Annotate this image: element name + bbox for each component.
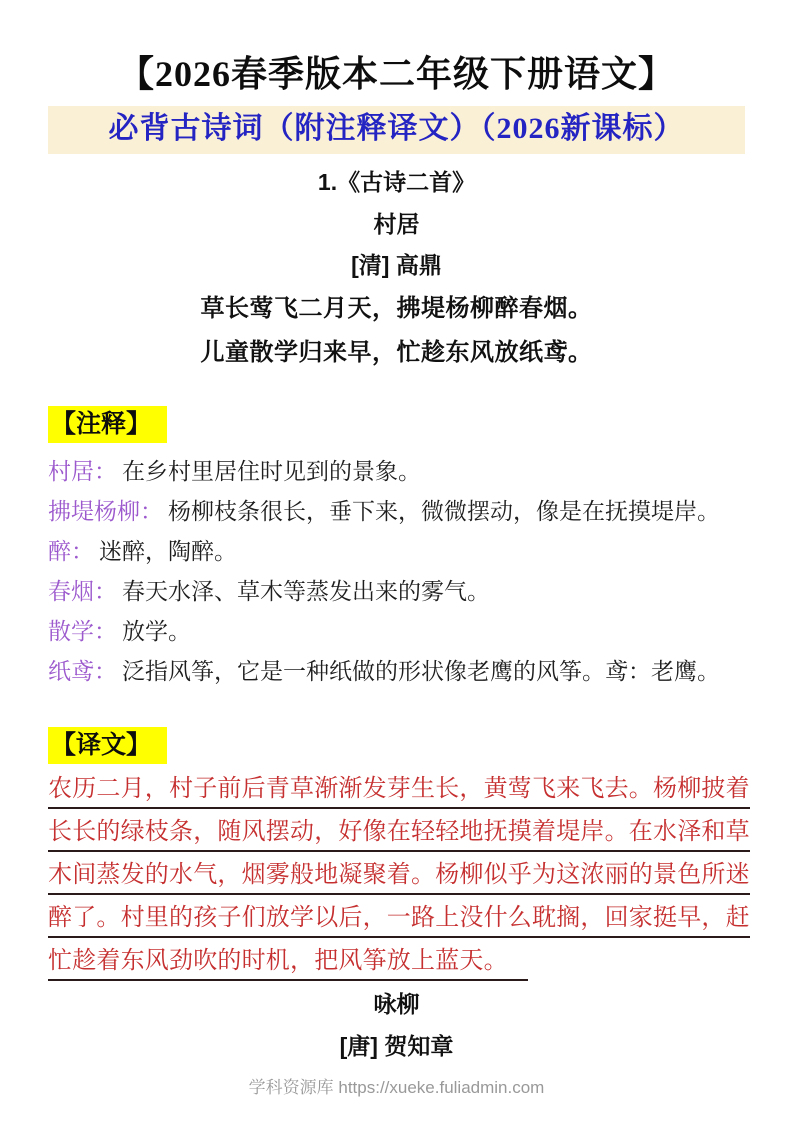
annotations-section: 【注释】 [48, 406, 745, 443]
translation-section: 【译文】 [48, 727, 745, 764]
annotation-text: 泛指风筝，它是一种纸做的形状像老鹰的风筝。鸢：老鹰。 [122, 658, 720, 684]
annotation-text: 放学。 [122, 618, 191, 644]
annotation-text: 杨柳枝条很长，垂下来，微微摆动，像是在抚摸堤岸。 [168, 498, 720, 524]
annotation-item: 醉：迷醉，陶醉。 [48, 537, 745, 565]
annotation-term: 纸鸢： [48, 658, 117, 684]
translation-header: 【译文】 [48, 727, 167, 764]
annotation-item: 村居：在乡村里居住时见到的景象。 [48, 457, 745, 485]
poem2-author: [唐] 贺知章 [0, 1033, 793, 1059]
annotation-term: 拂堤杨柳： [48, 498, 163, 524]
annotation-item: 拂堤杨柳：杨柳枝条很长，垂下来，微微摆动，像是在抚摸堤岸。 [48, 497, 745, 525]
poem1-author: [清] 高鼎 [0, 252, 793, 278]
translation-line-3: 木间蒸发的水气，烟雾般地凝聚着。杨柳似乎为这浓丽的景色所迷 [48, 862, 750, 895]
annotation-term: 散学： [48, 618, 117, 644]
lesson-heading: 1.《古诗二首》 [0, 169, 793, 195]
annotations-list: 村居：在乡村里居住时见到的景象。 拂堤杨柳：杨柳枝条很长，垂下来，微微摆动，像是… [48, 457, 745, 685]
poem2-title: 咏柳 [0, 991, 793, 1017]
annotation-text: 春天水泽、草木等蒸发出来的雾气。 [122, 578, 490, 604]
translation-line-4: 醉了。村里的孩子们放学以后，一路上没什么耽搁，回家挺早，赶 [48, 905, 750, 938]
translation-text: 农历二月，村子前后青草渐渐发芽生长，黄莺飞来飞去。杨柳披着 长长的绿枝条，随风摆… [48, 776, 745, 981]
annotation-term: 春烟： [48, 578, 117, 604]
translation-line-2: 长长的绿枝条，随风摆动，好像在轻轻地抚摸着堤岸。在水泽和草 [48, 819, 750, 852]
annotation-item: 纸鸢：泛指风筝，它是一种纸做的形状像老鹰的风筝。鸢：老鹰。 [48, 657, 745, 685]
annotation-text: 迷醉，陶醉。 [99, 538, 237, 564]
annotation-term: 村居： [48, 458, 117, 484]
translation-line-5: 忙趁着东风劲吹的时机，把风筝放上蓝天。 [48, 948, 528, 981]
subtitle-banner: 必背古诗词（附注释译文）（2026新课标） [48, 106, 745, 154]
document-page: 【2026春季版本二年级下册语文】 必背古诗词（附注释译文）（2026新课标） … [0, 0, 793, 1099]
annotation-term: 醉： [48, 538, 94, 564]
annotation-item: 散学：放学。 [48, 617, 745, 645]
annotation-item: 春烟：春天水泽、草木等蒸发出来的雾气。 [48, 577, 745, 605]
annotation-text: 在乡村里居住时见到的景象。 [122, 458, 421, 484]
footer-watermark: 学科资源库 https://xueke.fuliadmin.com [0, 1077, 793, 1099]
annotations-header: 【注释】 [48, 406, 167, 443]
poem1-title: 村居 [0, 211, 793, 237]
translation-line-1: 农历二月，村子前后青草渐渐发芽生长，黄莺飞来飞去。杨柳披着 [48, 776, 750, 809]
poem1-line-1: 草长莺飞二月天，拂堤杨柳醉春烟。 [0, 295, 793, 322]
subtitle-text: 必背古诗词（附注释译文）（2026新课标） [109, 112, 685, 145]
poem1-line-2: 儿童散学归来早，忙趁东风放纸鸢。 [0, 339, 793, 366]
page-title: 【2026春季版本二年级下册语文】 [0, 50, 793, 98]
